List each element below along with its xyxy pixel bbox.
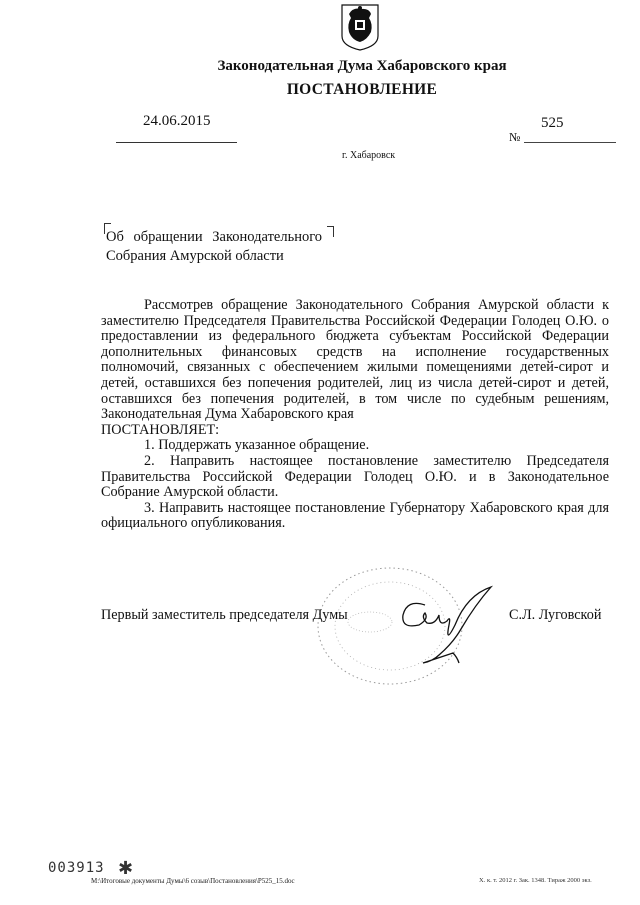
- document-date: 24.06.2015: [143, 113, 211, 130]
- document-number: 525: [541, 115, 564, 132]
- subject: Об обращении Законодательного Собрания А…: [106, 228, 322, 266]
- organization-name: Законодательная Дума Хабаровского края: [0, 58, 640, 75]
- preamble: Рассмотрев обращение Законодательного Со…: [101, 298, 609, 423]
- date-underline: [116, 142, 237, 143]
- document-type: ПОСТАНОВЛЕНИЕ: [0, 81, 640, 99]
- item-3: 3. Направить настоящее постановление Губ…: [101, 501, 609, 532]
- resolution-body: Рассмотрев обращение Законодательного Со…: [101, 298, 609, 532]
- city: г. Хабаровск: [342, 150, 395, 161]
- print-info: Х. к. т. 2012 г. Зак. 1348. Тираж 2000 э…: [479, 877, 592, 884]
- asterisk-icon: ✱: [118, 858, 133, 879]
- item-2: 2. Направить настоящее постановление зам…: [101, 454, 609, 501]
- file-path: M:\Итоговые документы Думы\6 созыв\Поста…: [91, 877, 295, 885]
- subject-bracket-right: [327, 226, 334, 237]
- number-underline: [524, 142, 616, 143]
- resolves-heading: ПОСТАНОВЛЯЕТ:: [101, 423, 609, 439]
- registration-number: 003913: [48, 860, 105, 876]
- signatory-name: С.Л. Луговской: [509, 607, 601, 624]
- coat-of-arms-icon: [339, 2, 381, 52]
- signatory-title: Первый заместитель председателя Думы: [101, 607, 348, 624]
- item-1: 1. Поддержать указанное обращение.: [101, 438, 609, 454]
- number-sign: №: [509, 130, 520, 145]
- subject-line-2: Собрания Амурской области: [106, 247, 322, 266]
- subject-line-1: Об обращении Законодательного: [106, 228, 322, 247]
- signature-icon: [395, 585, 495, 665]
